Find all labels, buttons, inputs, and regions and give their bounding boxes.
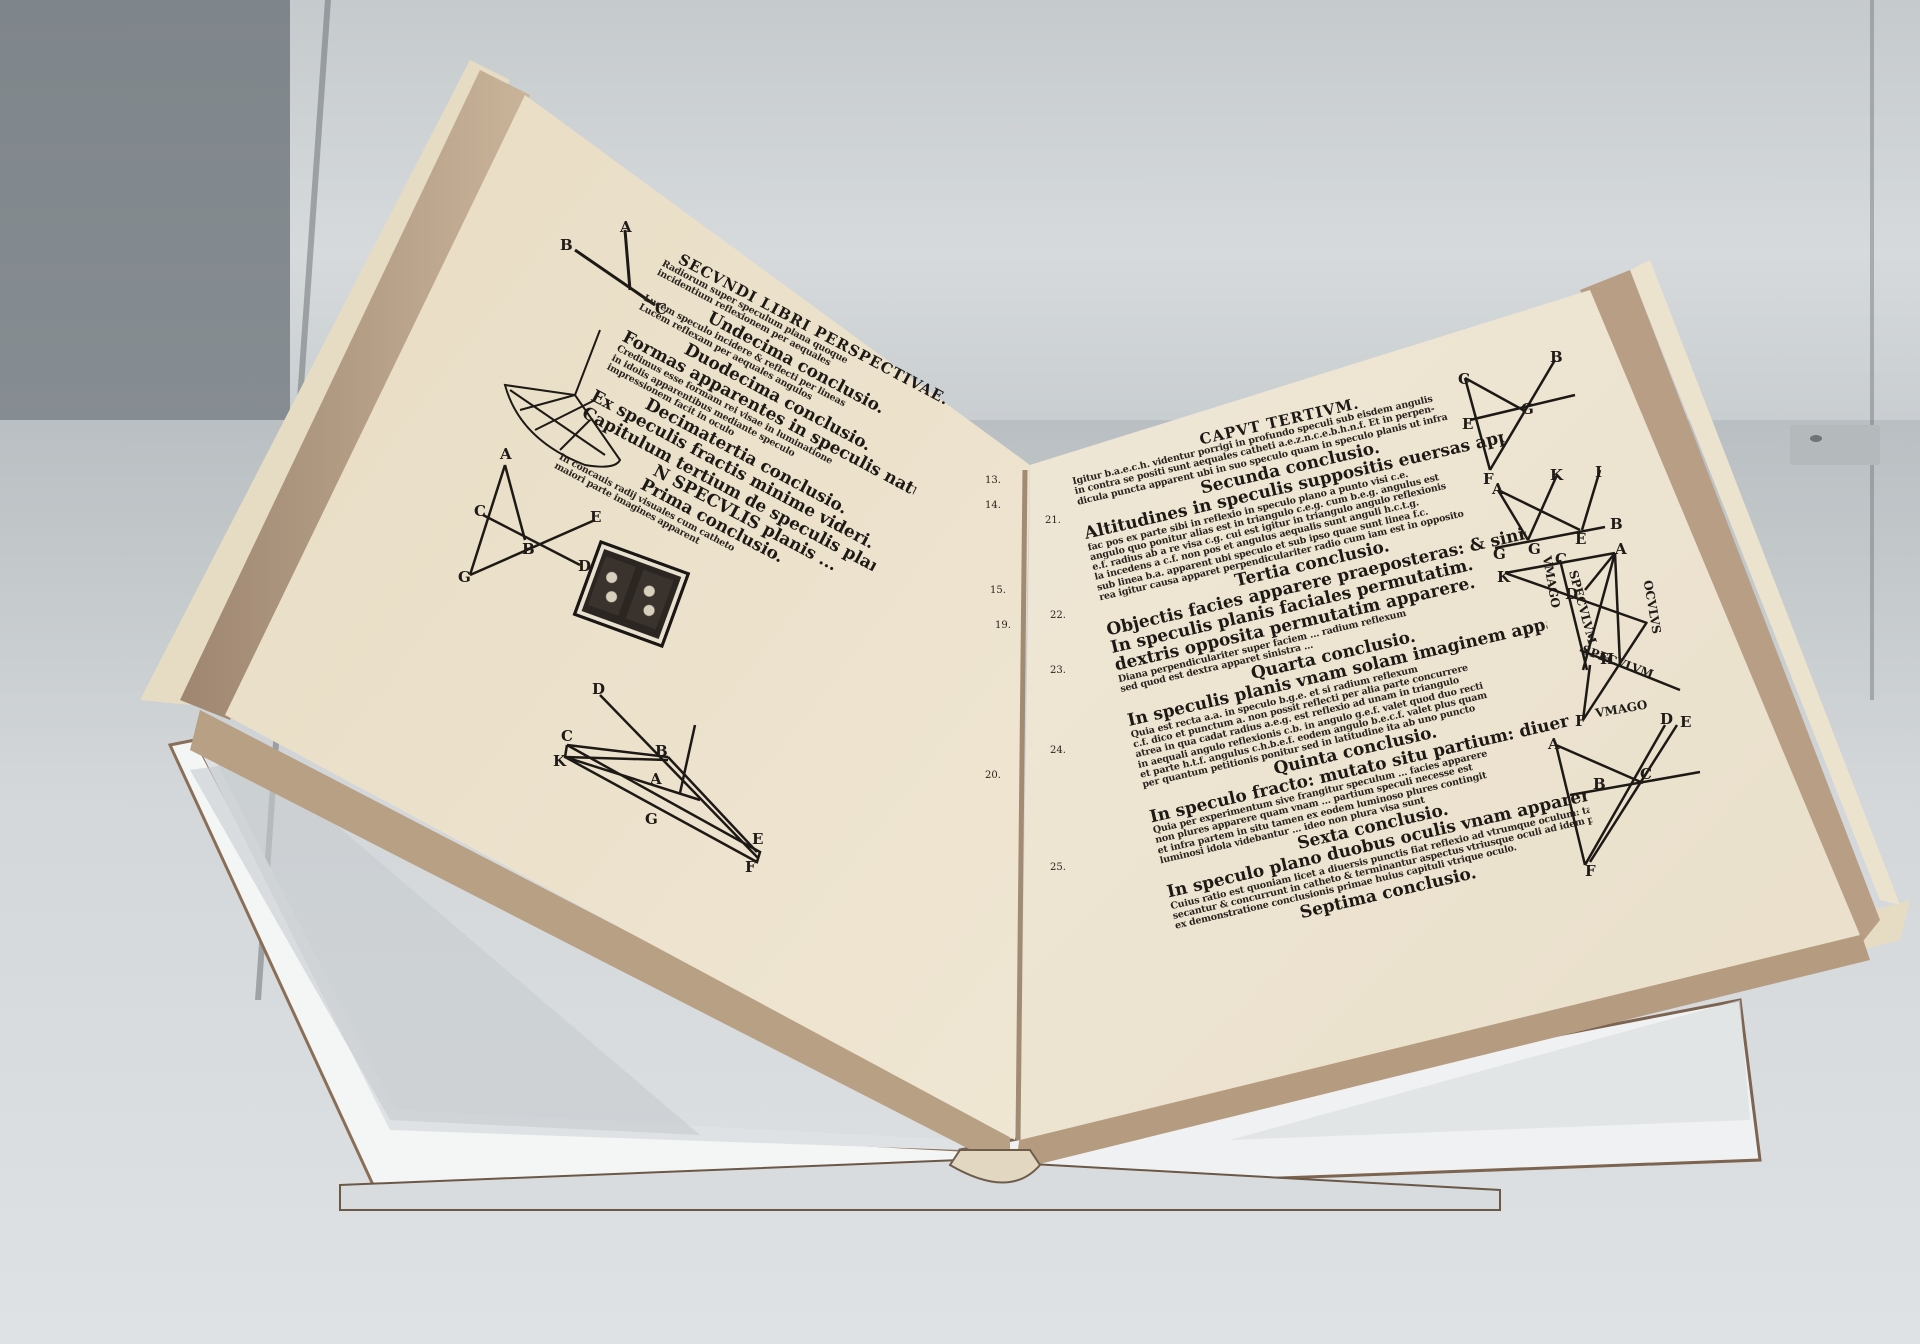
margin-number: 19. <box>995 620 1011 631</box>
margin-number: 13. <box>985 475 1001 486</box>
margin-number: 14. <box>985 500 1001 511</box>
margin-number: 20. <box>985 770 1001 781</box>
diagram-label: I <box>1595 463 1602 481</box>
diagram-label: B <box>1610 515 1623 533</box>
diagram-label: A <box>650 770 662 788</box>
diagram-label: D <box>592 680 605 698</box>
diagram-label: B <box>1593 775 1606 793</box>
photo-scene: B A C A C E B D G D C K B A G E F C B E … <box>0 0 1920 1344</box>
margin-number: 21. <box>1045 515 1061 526</box>
margin-number: 24. <box>1050 745 1066 756</box>
diagram-label: B <box>560 236 573 254</box>
diagram-label: G <box>645 810 658 828</box>
margin-number: 15. <box>990 585 1006 596</box>
diagram-label: C <box>1555 550 1567 568</box>
diagram-label: F <box>745 858 756 876</box>
diagram-label: C <box>474 502 486 520</box>
diagram-label: F <box>1575 712 1586 730</box>
diagram-label: K <box>1550 466 1563 484</box>
diagram-label: C <box>1640 765 1652 783</box>
diagram-label: G <box>1521 400 1534 418</box>
diagram-label: F <box>1585 862 1596 880</box>
diagram-label: A <box>1615 540 1627 558</box>
diagram-label: G <box>458 568 471 586</box>
diagram-label: K <box>553 752 566 770</box>
diagram-label: C <box>561 727 573 745</box>
diagram-label: E <box>590 508 601 526</box>
margin-number: 25. <box>1050 862 1066 873</box>
margin-number: 22. <box>1050 610 1066 621</box>
diagram-label: B <box>1550 348 1563 366</box>
diagram-label: E <box>752 830 763 848</box>
diagram-label: B <box>522 540 535 558</box>
diagram-label: E <box>1680 713 1691 731</box>
diagram-label: B <box>655 742 668 760</box>
diagram-label: E <box>1575 530 1586 548</box>
diagram-label: D <box>1660 710 1673 728</box>
diagram-label: A <box>620 218 632 236</box>
diagram-label: A <box>500 445 512 463</box>
margin-number: 23. <box>1050 665 1066 676</box>
